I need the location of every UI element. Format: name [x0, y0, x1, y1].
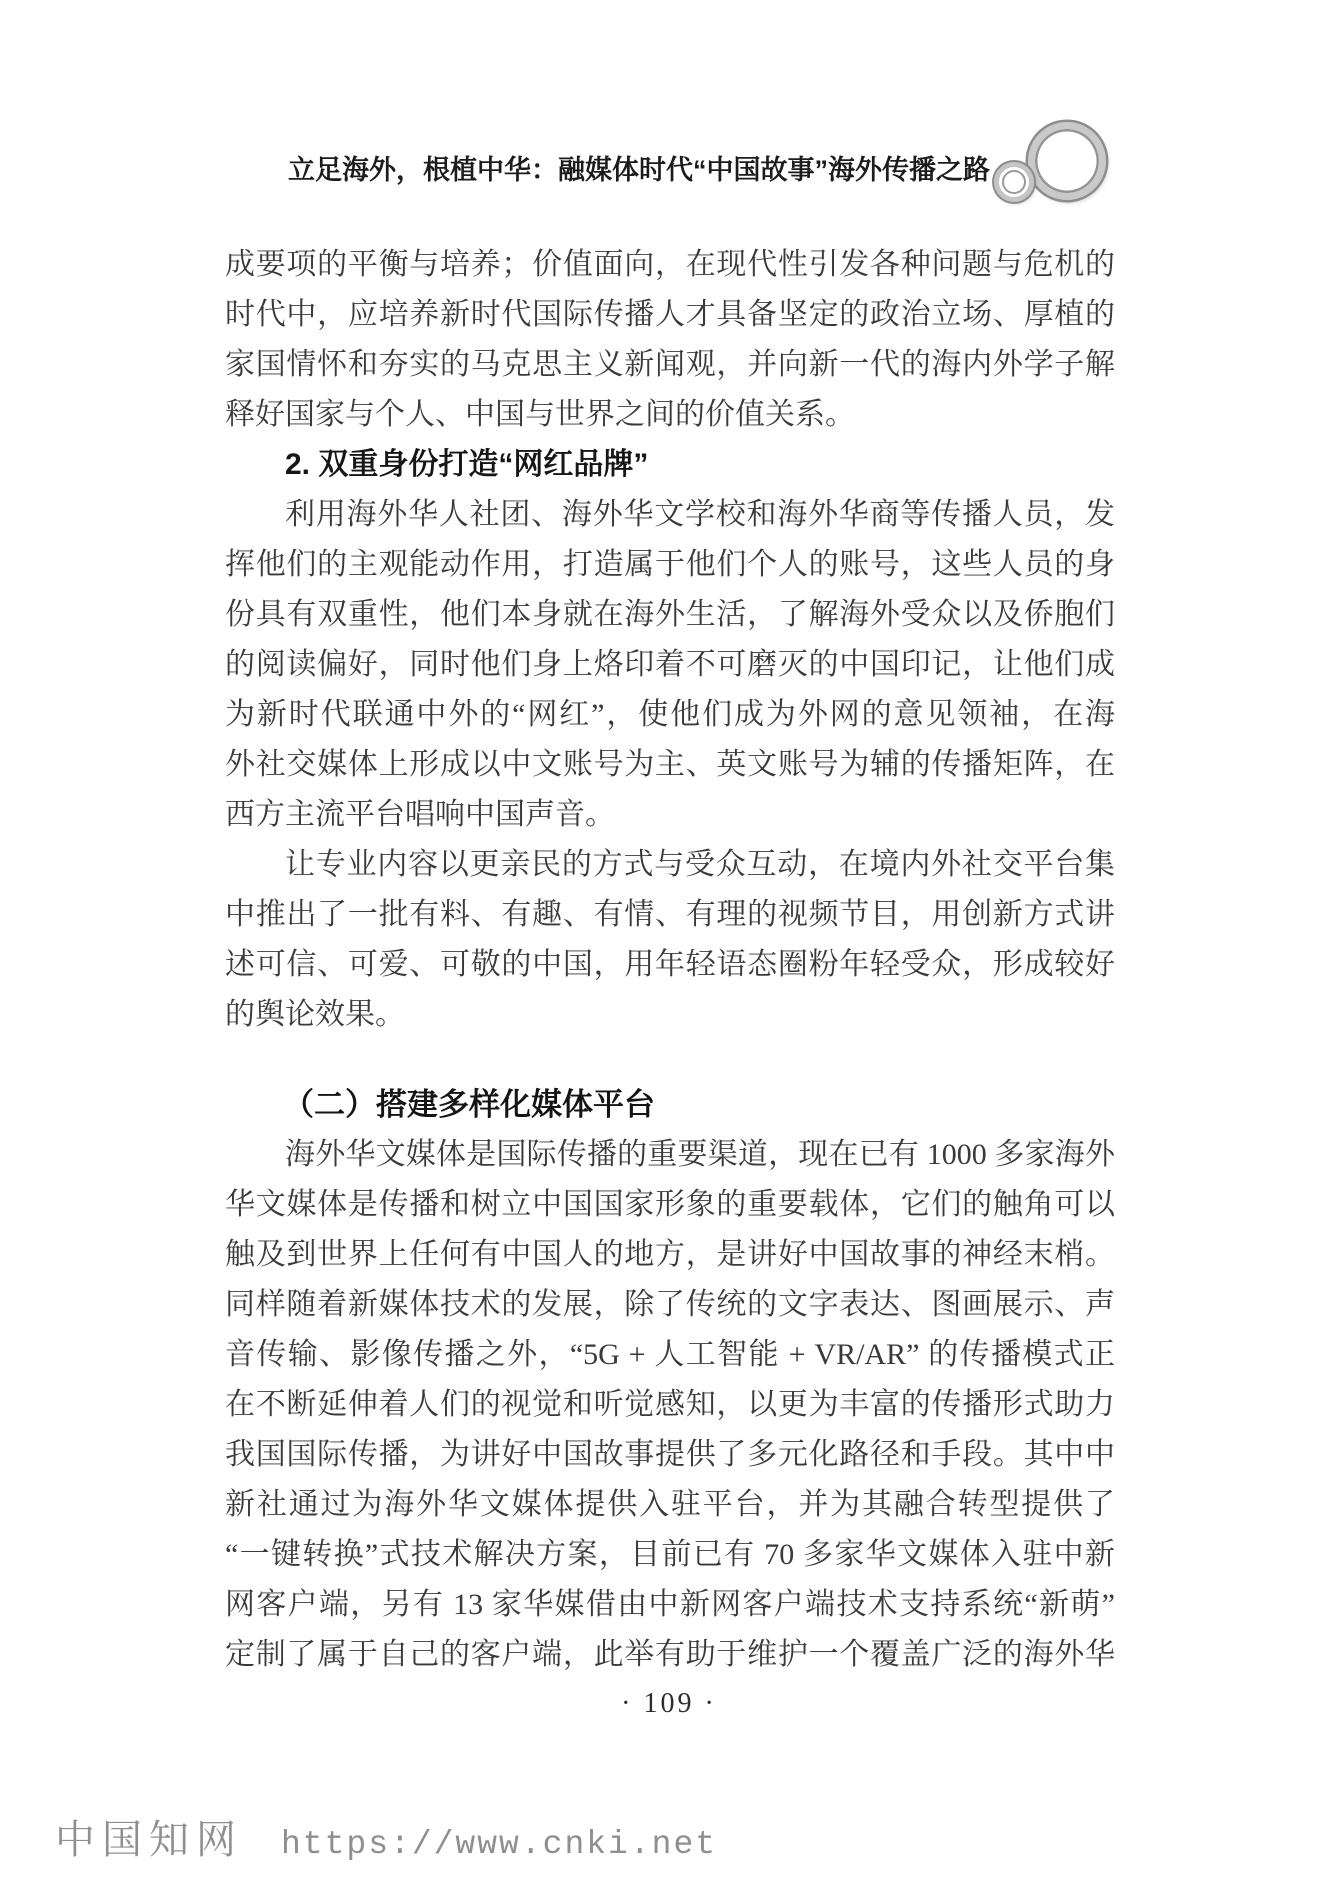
cnki-brand-text: 中国知网	[55, 1808, 243, 1865]
cnki-watermark: 中国知网 https://www.cnki.net	[55, 1808, 717, 1865]
text-line: 音传输、影像传播之外，“5G + 人工智能 + VR/AR” 的传播模式正	[225, 1330, 1115, 1380]
paragraph-dual-identity: 利用海外华人社团、海外华文学校和海外华商等传播人员，发 挥他们的主观能动作用，打…	[225, 490, 1115, 840]
text-line: 西方主流平台唱响中国声音。	[225, 790, 1115, 840]
text-line: 挥他们的主观能动作用，打造属于他们个人的账号，这些人员的身	[225, 540, 1115, 590]
text-line: 利用海外华人社团、海外华文学校和海外华商等传播人员，发	[225, 490, 1115, 540]
paragraph-audience-interaction: 让专业内容以更亲民的方式与受众互动，在境内外社交平台集 中推出了一批有料、有趣、…	[225, 840, 1115, 1040]
text-line: 释好国家与个人、中国与世界之间的价值关系。	[225, 390, 1115, 440]
subsection-heading-dual-identity: 2. 双重身份打造“网红品牌”	[225, 440, 1115, 490]
small-ring-icon	[994, 162, 1034, 202]
section-heading-media-platforms: （二）搭建多样化媒体平台	[225, 1080, 1115, 1130]
text-line: 定制了属于自己的客户端，此举有助于维护一个覆盖广泛的海外华	[225, 1630, 1115, 1680]
text-line: 的舆论效果。	[225, 990, 1115, 1040]
text-line: 述可信、可爱、可敬的中国，用年轻语态圈粉年轻受众，形成较好	[225, 940, 1115, 990]
large-ring-icon	[1028, 122, 1106, 200]
document-page: 立足海外，根植中华：融媒体时代“中国故事”海外传播之路 成要项的平衡与培养；价值…	[0, 0, 1338, 1890]
cnki-url-text: https://www.cnki.net	[281, 1826, 717, 1863]
text-line: 时代中，应培养新时代国际传播人才具备坚定的政治立场、厚植的	[225, 290, 1115, 340]
text-line: 份具有双重性，他们本身就在海外生活，了解海外受众以及侨胞们	[225, 590, 1115, 640]
text-line: 成要项的平衡与培养；价值面向，在现代性引发各种问题与危机的	[225, 240, 1115, 290]
text-line: 触及到世界上任何有中国人的地方，是讲好中国故事的神经末梢。	[225, 1230, 1115, 1280]
text-line: 在不断延伸着人们的视觉和听觉感知，以更为丰富的传播形式助力	[225, 1380, 1115, 1430]
text-line: 中推出了一批有料、有趣、有情、有理的视频节目，用创新方式讲	[225, 890, 1115, 940]
text-line: “一键转换”式技术解决方案，目前已有 70 多家华文媒体入驻中新	[225, 1530, 1115, 1580]
body-text: 成要项的平衡与培养；价值面向，在现代性引发各种问题与危机的 时代中，应培养新时代…	[225, 240, 1115, 1680]
paragraph-media-platforms: 海外华文媒体是国际传播的重要渠道，现在已有 1000 多家海外 华文媒体是传播和…	[225, 1130, 1115, 1680]
page-number: · 109 ·	[0, 1688, 1338, 1720]
text-line: 外社交媒体上形成以中文账号为主、英文账号为辅的传播矩阵，在	[225, 740, 1115, 790]
running-head-title: 立足海外，根植中华：融媒体时代“中国故事”海外传播之路	[288, 148, 990, 187]
text-line: 的阅读偏好，同时他们身上烙印着不可磨灭的中国印记，让他们成	[225, 640, 1115, 690]
text-line: 海外华文媒体是国际传播的重要渠道，现在已有 1000 多家海外	[225, 1130, 1115, 1180]
text-line: 让专业内容以更亲民的方式与受众互动，在境内外社交平台集	[225, 840, 1115, 890]
paragraph-continuation: 成要项的平衡与培养；价值面向，在现代性引发各种问题与危机的 时代中，应培养新时代…	[225, 240, 1115, 440]
text-line: 同样随着新媒体技术的发展，除了传统的文字表达、图画展示、声	[225, 1280, 1115, 1330]
text-line: 我国国际传播，为讲好中国故事提供了多元化路径和手段。其中中	[225, 1430, 1115, 1480]
text-line: 新社通过为海外华文媒体提供入驻平台，并为其融合转型提供了	[225, 1480, 1115, 1530]
text-line: 家国情怀和夯实的马克思主义新闻观，并向新一代的海内外学子解	[225, 340, 1115, 390]
publisher-rings-logo	[992, 116, 1132, 220]
text-line: 为新时代联通中外的“网红”，使他们成为外网的意见领袖，在海	[225, 690, 1115, 740]
text-line: 华文媒体是传播和树立中国国家形象的重要载体，它们的触角可以	[225, 1180, 1115, 1230]
text-line: 网客户端，另有 13 家华媒借由中新网客户端技术支持系统“新萌”	[225, 1580, 1115, 1630]
